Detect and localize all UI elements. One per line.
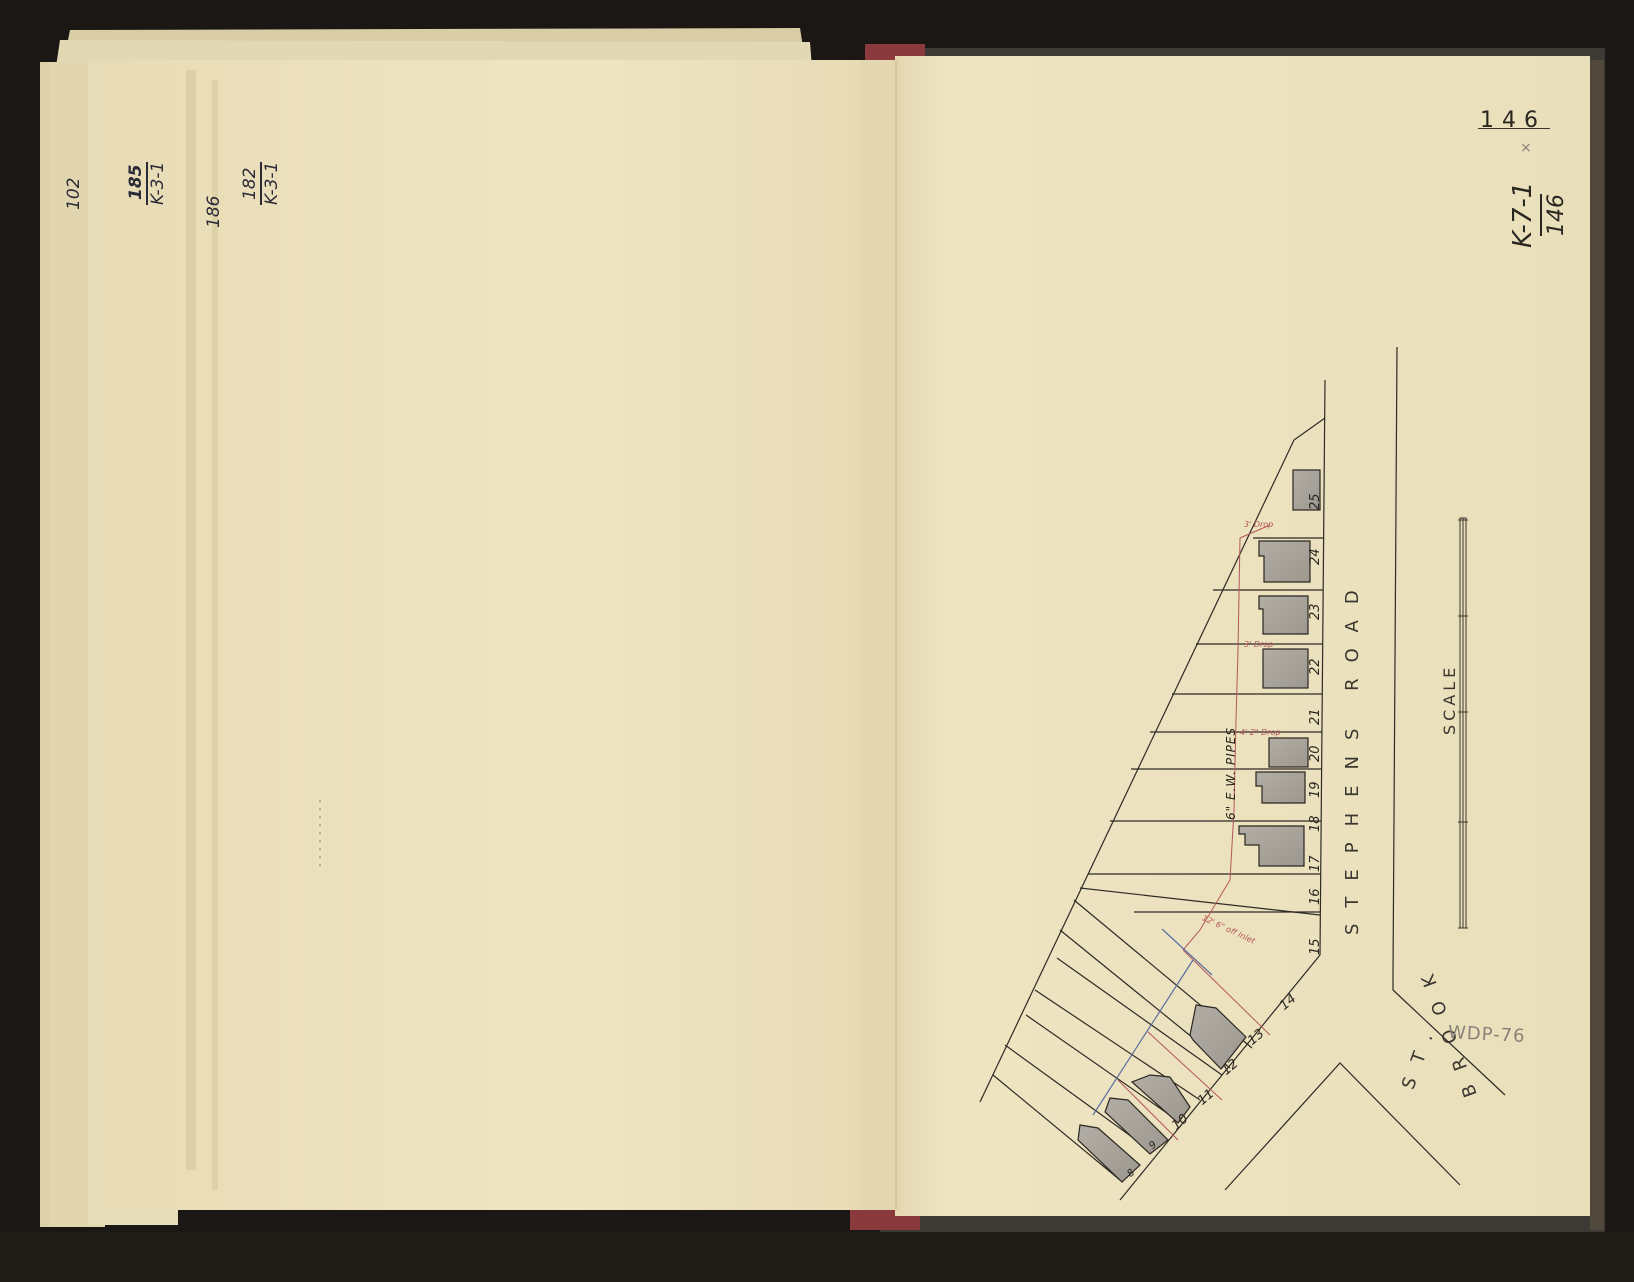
drain-note-2: 3' Drop (1244, 640, 1273, 649)
side-number-102: 102 (64, 178, 84, 210)
drain-note-3: 4' 2" Drop (1240, 728, 1281, 737)
lot-number-21: 21 (1308, 708, 1323, 725)
lot-number-23: 23 (1308, 603, 1323, 620)
lot-number-18: 18 (1308, 815, 1323, 832)
building-lot-24 (1259, 541, 1310, 582)
tab-ref-2-top: 182 (240, 168, 260, 200)
building-lot-22 (1263, 649, 1308, 688)
tab-ref-2-bottom: K-3-1 (260, 162, 282, 205)
building-lot-23 (1259, 596, 1308, 634)
archive-mark: WDP-76 (1448, 1022, 1527, 1047)
annotation-mark: × (1520, 140, 1532, 156)
lot-number-16: 16 (1308, 888, 1323, 905)
lot-number-20: 20 (1308, 745, 1323, 762)
lot-number-15: 15 (1308, 938, 1323, 955)
building-lot-20 (1269, 738, 1308, 767)
building-lot-19 (1256, 772, 1305, 803)
map-reference-sub: 146 (1540, 194, 1569, 236)
lot-number-19: 19 (1308, 781, 1323, 798)
left-page (100, 60, 895, 1210)
lot-number-17: 17 (1308, 855, 1323, 872)
scale-bar (1458, 518, 1468, 928)
drain-note-1: 3' Drop (1244, 520, 1273, 529)
lot-number-25: 25 (1308, 493, 1323, 510)
tab-ref-1-top: 185 (126, 165, 146, 201)
page-number-rule (1478, 128, 1550, 129)
street-label-stephens-road: STEPHENS ROAD (1342, 574, 1363, 935)
tab-ref-1-bottom: K-3-1 (146, 162, 168, 205)
lot-number-24: 24 (1308, 548, 1323, 565)
pipe-label: 6" E.W. PIPES (1224, 727, 1238, 820)
map-reference: K-7-1 (1508, 182, 1538, 248)
lot-number-22: 22 (1308, 658, 1323, 675)
scale-label: SCALE (1440, 664, 1459, 735)
page-number: 146 (1480, 108, 1546, 133)
side-number-186: 186 (204, 196, 224, 228)
